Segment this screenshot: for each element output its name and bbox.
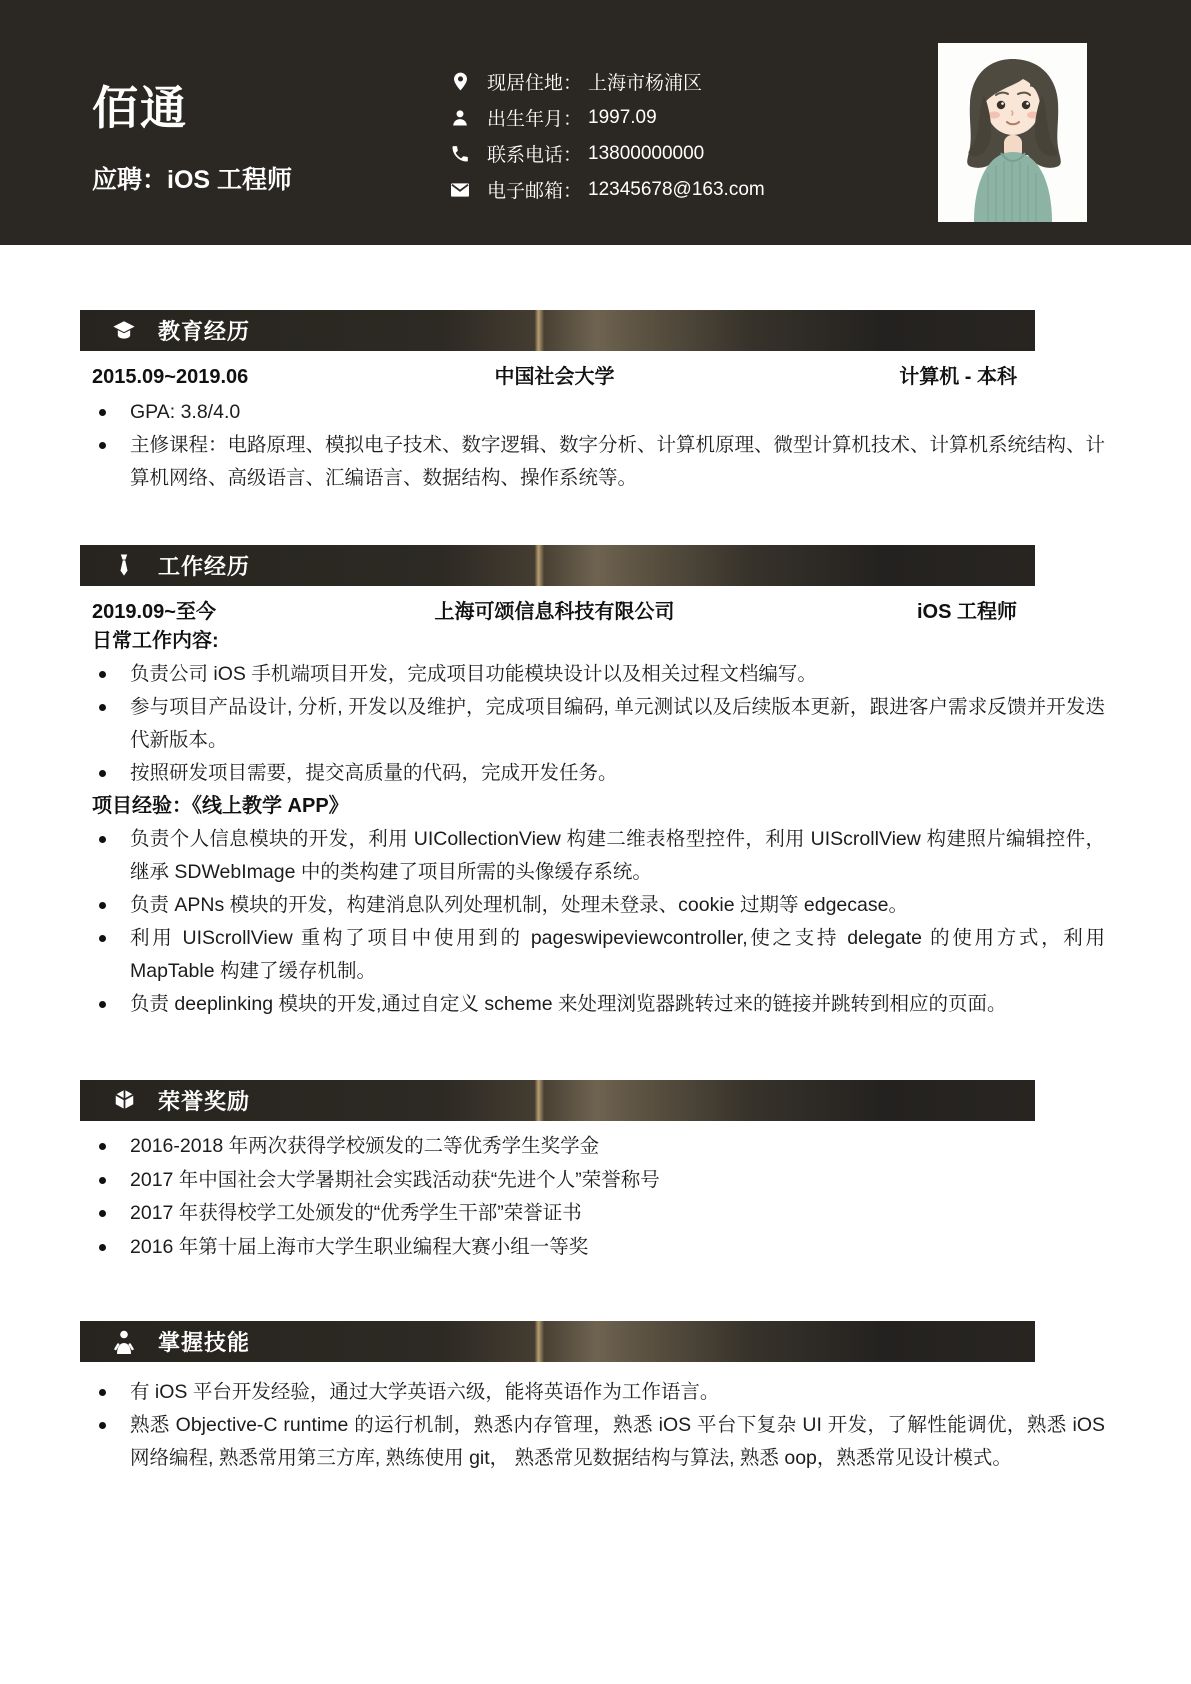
work-section-bar: 工作经历 bbox=[80, 545, 1035, 586]
candidate-name: 佰通 bbox=[92, 72, 188, 138]
work-date: 2019.09~至今 bbox=[92, 599, 372, 625]
contact-row-location: 现居住地： 上海市杨浦区 bbox=[447, 64, 765, 99]
list-item: 负责公司 iOS 手机端项目开发，完成项目功能模块设计以及相关过程文档编写。 bbox=[92, 658, 1105, 691]
contact-label: 出生年月： bbox=[487, 104, 582, 131]
contact-row-phone: 联系电话： 13800000000 bbox=[447, 136, 765, 171]
list-item: 有 iOS 平台开发经验，通过大学英语六级，能将英语作为工作语言。 bbox=[92, 1376, 1105, 1409]
list-item: 2017 年获得校学工处颁发的“优秀学生干部”荣誉证书 bbox=[92, 1197, 1105, 1231]
contact-info: 现居住地： 上海市杨浦区 出生年月： 1997.09 联系电话： 1380000… bbox=[447, 64, 765, 207]
skills-list: 有 iOS 平台开发经验，通过大学英语六级，能将英语作为工作语言。 熟悉 Obj… bbox=[92, 1376, 1105, 1475]
contact-value: 13800000000 bbox=[588, 143, 704, 165]
education-major: 计算机 - 本科 bbox=[737, 364, 1017, 390]
education-bullet-list: GPA: 3.8/4.0 主修课程：电路原理、模拟电子技术、数字逻辑、数字分析、… bbox=[92, 396, 1105, 495]
list-item: 负责个人信息模块的开发，利用 UICollectionView 构建二维表格型控… bbox=[92, 823, 1105, 889]
work-company: 上海可颂信息科技有限公司 bbox=[372, 599, 736, 625]
list-item: 熟悉 Objective-C runtime 的运行机制，熟悉内存管理，熟悉 i… bbox=[92, 1409, 1105, 1475]
phone-icon bbox=[447, 144, 473, 164]
section-title: 荣誉奖励 bbox=[158, 1085, 250, 1116]
contact-value: 1997.09 bbox=[588, 107, 657, 129]
section-honors: 荣誉奖励 2016-2018 年两次获得学校颁发的二等优秀学生奖学金 2017 … bbox=[92, 1080, 1105, 1264]
project-list: 负责个人信息模块的开发，利用 UICollectionView 构建二维表格型控… bbox=[92, 823, 1105, 1021]
project-heading: 项目经验：《线上教学 APP》 bbox=[92, 790, 1105, 823]
section-title: 教育经历 bbox=[158, 315, 250, 346]
education-meta-row: 2015.09~2019.06 中国社会大学 计算机 - 本科 bbox=[92, 364, 1017, 390]
section-education: 教育经历 2015.09~2019.06 中国社会大学 计算机 - 本科 GPA… bbox=[92, 310, 1105, 495]
honors-section-bar: 荣誉奖励 bbox=[80, 1080, 1035, 1121]
section-title: 工作经历 bbox=[158, 550, 250, 581]
cartoon-portrait-illustration bbox=[938, 43, 1087, 222]
list-item: 负责 APNs 模块的开发，构建消息队列处理机制，处理未登录、cookie 过期… bbox=[92, 889, 1105, 922]
contact-row-email: 电子邮箱： 12345678@163.com bbox=[447, 172, 765, 207]
list-item: 主修课程：电路原理、模拟电子技术、数字逻辑、数字分析、计算机原理、微型计算机技术… bbox=[92, 429, 1105, 495]
birthdate-icon bbox=[447, 108, 473, 128]
candidate-photo bbox=[938, 43, 1087, 222]
location-icon bbox=[447, 71, 473, 92]
education-date: 2015.09~2019.06 bbox=[92, 364, 372, 390]
list-item: 2017 年中国社会大学暑期社会实践活动获“先进个人”荣誉称号 bbox=[92, 1164, 1105, 1198]
section-work: 工作经历 2019.09~至今 上海可颂信息科技有限公司 iOS 工程师 日常工… bbox=[92, 545, 1105, 1021]
list-item: 负责 deeplinking 模块的开发,通过自定义 scheme 来处理浏览器… bbox=[92, 988, 1105, 1021]
list-item: 按照研发项目需要，提交高质量的代码，完成开发任务。 bbox=[92, 757, 1105, 790]
list-item: 2016 年第十届上海市大学生职业编程大赛小组一等奖 bbox=[92, 1231, 1105, 1265]
daily-work-heading: 日常工作内容: bbox=[92, 625, 1105, 658]
necktie-icon bbox=[100, 553, 148, 579]
contact-value: 上海市杨浦区 bbox=[588, 68, 702, 95]
contact-label: 现居住地： bbox=[487, 68, 582, 95]
education-school: 中国社会大学 bbox=[372, 364, 736, 390]
honors-list: 2016-2018 年两次获得学校颁发的二等优秀学生奖学金 2017 年中国社会… bbox=[92, 1130, 1105, 1264]
resume-page: 佰通 应聘：iOS 工程师 现居住地： 上海市杨浦区 出生年月： 1997.09 bbox=[0, 0, 1191, 1684]
email-icon bbox=[447, 179, 473, 201]
applying-position: 应聘：iOS 工程师 bbox=[92, 160, 292, 196]
list-item: 2016-2018 年两次获得学校颁发的二等优秀学生奖学金 bbox=[92, 1130, 1105, 1164]
contact-value: 12345678@163.com bbox=[588, 179, 765, 201]
work-role: iOS 工程师 bbox=[737, 599, 1017, 625]
graduation-cap-icon bbox=[100, 318, 148, 344]
list-item: GPA: 3.8/4.0 bbox=[92, 396, 1105, 429]
contact-row-birthdate: 出生年月： 1997.09 bbox=[447, 100, 765, 135]
list-item: 利用 UIScrollView 重构了项目中使用到的 pageswipeview… bbox=[92, 922, 1105, 988]
section-skills: 掌握技能 有 iOS 平台开发经验，通过大学英语六级，能将英语作为工作语言。 熟… bbox=[92, 1321, 1105, 1475]
daily-work-list: 负责公司 iOS 手机端项目开发，完成项目功能模块设计以及相关过程文档编写。 参… bbox=[92, 658, 1105, 790]
resume-content: 教育经历 2015.09~2019.06 中国社会大学 计算机 - 本科 GPA… bbox=[0, 310, 1191, 1475]
skills-section-bar: 掌握技能 bbox=[80, 1321, 1035, 1362]
section-title: 掌握技能 bbox=[158, 1326, 250, 1357]
education-section-bar: 教育经历 bbox=[80, 310, 1035, 351]
person-icon bbox=[100, 1329, 148, 1355]
contact-label: 电子邮箱： bbox=[487, 176, 582, 203]
list-item: 参与项目产品设计, 分析, 开发以及维护，完成项目编码, 单元测试以及后续版本更… bbox=[92, 691, 1105, 757]
contact-label: 联系电话： bbox=[487, 140, 582, 167]
cube-icon bbox=[100, 1088, 148, 1113]
header-banner: 佰通 应聘：iOS 工程师 现居住地： 上海市杨浦区 出生年月： 1997.09 bbox=[0, 0, 1191, 245]
work-meta-row: 2019.09~至今 上海可颂信息科技有限公司 iOS 工程师 bbox=[92, 599, 1017, 625]
